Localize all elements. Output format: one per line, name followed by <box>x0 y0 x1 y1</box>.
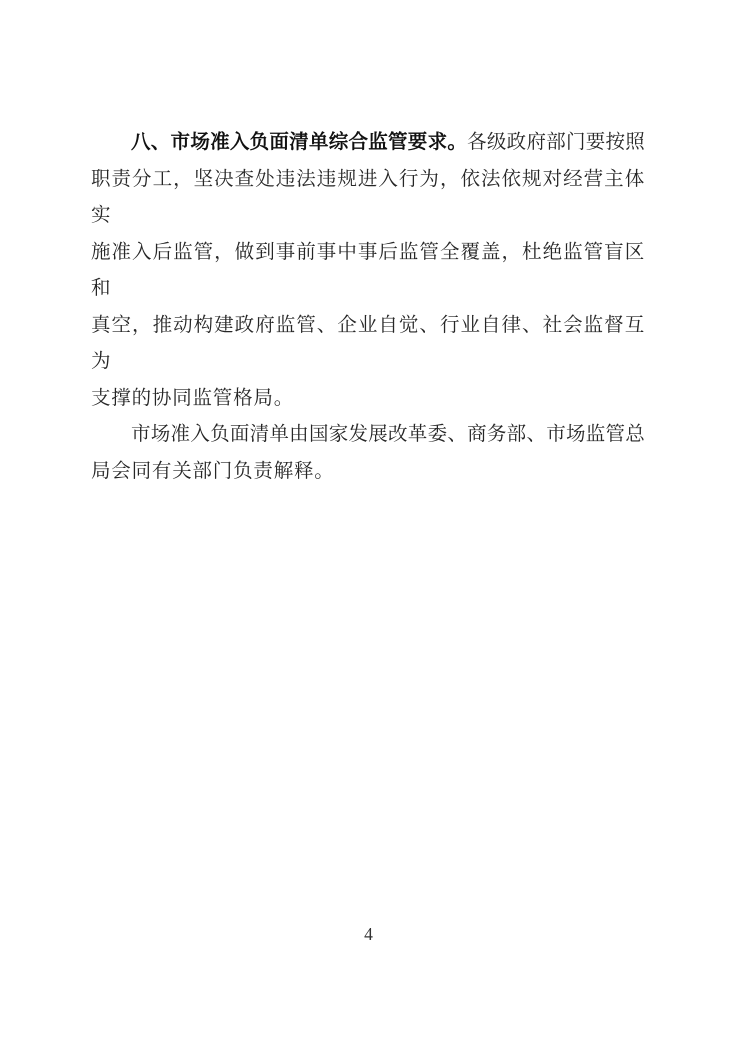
document-body: 八、市场准入负面清单综合监管要求。各级政府部门要按照 职责分工，坚决查处违法违规… <box>91 124 645 490</box>
paragraph-2-line-1: 市场准入负面清单由国家发展改革委、商务部、市场监管总 <box>91 417 645 454</box>
paragraph-1-line-4: 真空，推动构建政府监管、企业自觉、行业自律、社会监督互为 <box>91 308 645 381</box>
paragraph-1-line-3: 施准入后监管，做到事前事中事后监管全覆盖，杜绝监管盲区和 <box>91 235 645 308</box>
document-page: 八、市场准入负面清单综合监管要求。各级政府部门要按照 职责分工，坚决查处违法违规… <box>0 0 737 1043</box>
paragraph-1-line-5: 支撑的协同监管格局。 <box>91 381 645 418</box>
paragraph-1-line-1: 八、市场准入负面清单综合监管要求。各级政府部门要按照 <box>91 124 645 162</box>
paragraph-1-line-1-text: 各级政府部门要按照 <box>467 132 645 153</box>
page-number: 4 <box>0 923 737 945</box>
paragraph-2-line-2: 局会同有关部门负责解释。 <box>91 454 645 491</box>
section-heading: 八、市场准入负面清单综合监管要求。 <box>131 131 467 153</box>
paragraph-1-line-2: 职责分工，坚决查处违法违规进入行为，依法依规对经营主体实 <box>91 162 645 235</box>
